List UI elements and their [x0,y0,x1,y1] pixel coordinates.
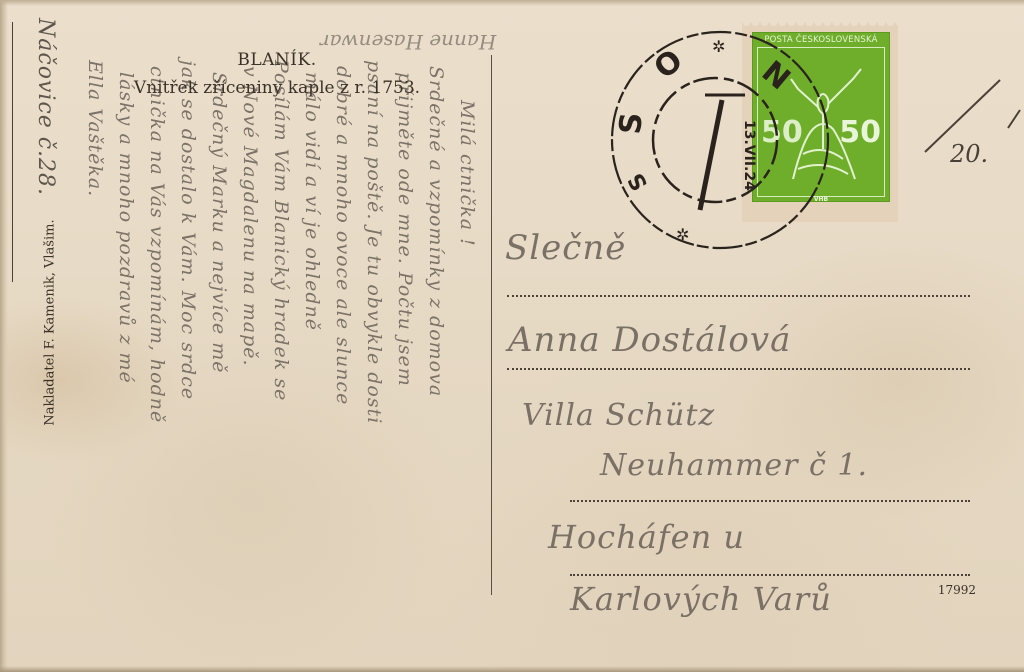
message-column: psaní na poště. Je tu obvykle dosti [363,60,385,424]
address-street: Neuhammer č 1. [600,448,868,483]
stamp-country: POSTA ČESKOSLOVENSKÁ [755,35,887,45]
message-column: Milá ctnička ! [456,100,478,247]
address-city: Karlových Varů [570,580,832,618]
address-town: Hocháfen u [548,518,745,556]
message-column: Srdečné a vzpomínky z domova [425,66,447,397]
sender-underline [12,22,13,282]
postcard: Milá ctnička !Srdečné a vzpomínky z domo… [0,0,1024,672]
message-column: přijměte ode mne. Počtu jsem [394,72,416,387]
address-salutation: Slečně [505,228,626,268]
svg-text:S: S [624,168,654,194]
card-subtitle: Vnitřek zříceniny kaple z r. 1753. [90,78,464,98]
postage-stamp: POSTA ČESKOSLOVENSKÁ 50 50 VHB [742,22,898,222]
card-edge-left [0,0,8,672]
message-column: ctnička na Vás vzpomínám, hodně [146,66,168,423]
message-column: dobré a mnoho ovoce ale slunce [332,66,354,405]
publisher-imprint: Nakladatel F. Kamenik, Vlašim. [43,188,58,458]
address-line-4 [570,574,970,576]
stamp-value: 50 [839,115,881,150]
address-line-1 [507,295,970,297]
svg-text:✲: ✲ [712,39,725,56]
sender-address: Náčovice č.28. [33,18,58,196]
address-villa: Villa Schütz [522,398,715,433]
message-column: Posílám Vám Blanický hradek se [270,60,292,401]
message-column: málo vidí a ví je ohledně [301,72,323,331]
address-line-3 [570,500,970,502]
center-divider [491,55,492,595]
svg-text:✲: ✲ [676,227,689,244]
message-column: v Nové Magdalenu na mapě. [239,66,261,367]
card-title: BLANÍK. [90,50,464,70]
stamp-value-left: 50 [761,115,803,150]
address-line-2 [507,368,970,370]
stamp-face: POSTA ČESKOSLOVENSKÁ 50 50 VHB [752,32,890,202]
message-column: lásky a mnoho pozdravů z mé [115,72,137,384]
card-edge-bottom [0,666,1024,672]
card-edge-top [0,0,1024,6]
postmark-letter-s: S [613,111,650,136]
pencil-note: 20. [950,140,988,168]
stamp-printer-mark: VHB [753,196,889,203]
message-column: Srdečný Marku a nejvíce mě [208,72,230,374]
address-recipient: Anna Dostálová [508,320,791,360]
serial-number: 17992 [938,583,976,597]
postmark-letter-o: O [648,43,690,86]
message-column: jak se dostalo k Vám. Moc srdce [177,60,199,400]
